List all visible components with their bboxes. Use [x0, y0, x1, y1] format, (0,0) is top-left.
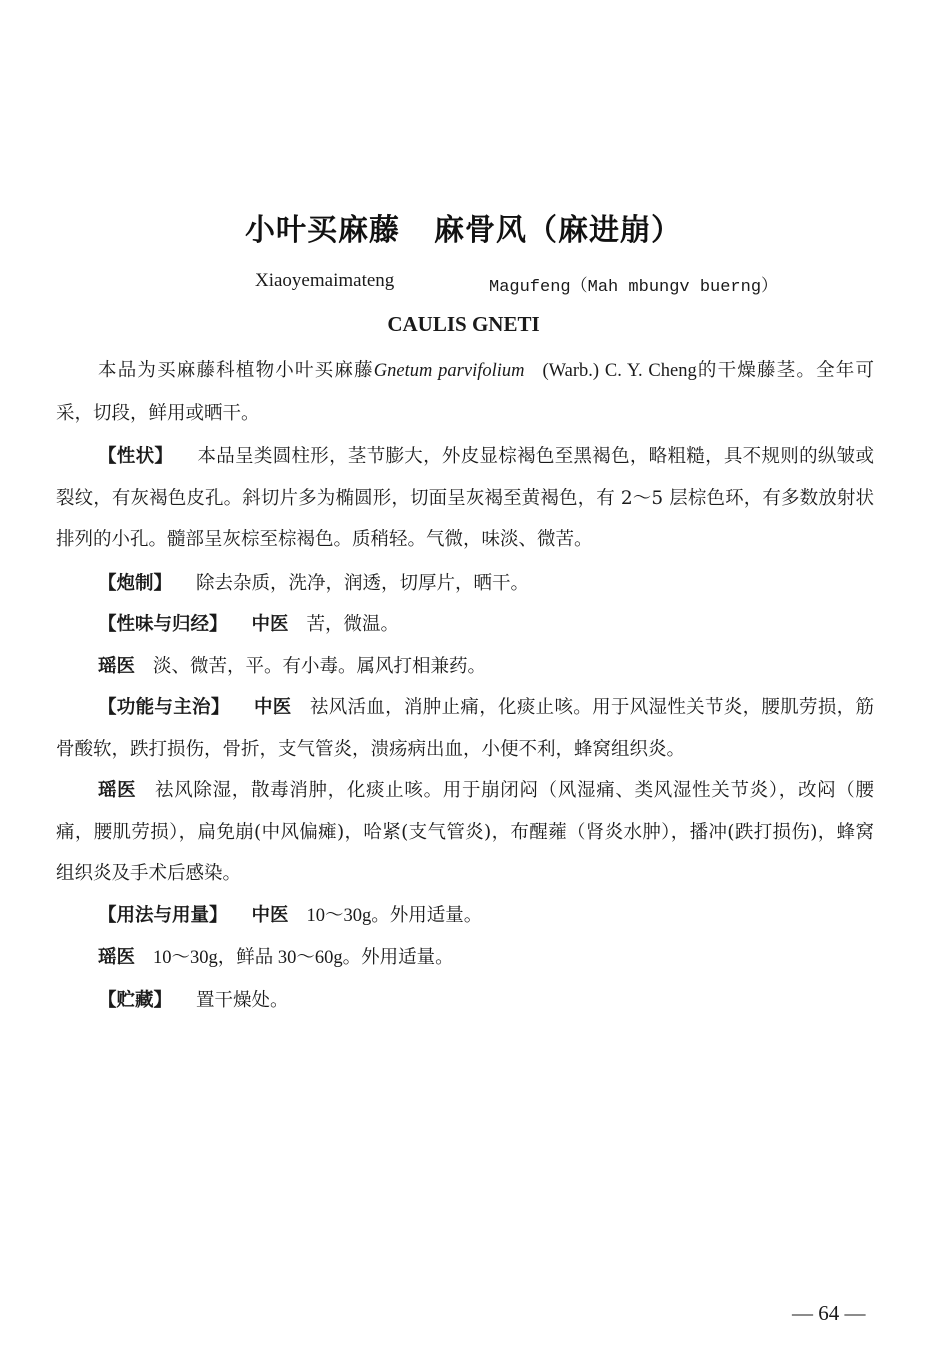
section-label: 【炮制】 [98, 573, 172, 594]
yao-text: 淡、微苦，平。有小毒。属风打相兼药。 [153, 656, 486, 677]
yao-label: 瑶医 [98, 780, 136, 801]
section-character: 【性状】本品呈类圆柱形，茎节膨大，外皮显棕褐色至黑褐色，略粗糙，具不规则的纵皱或… [56, 436, 874, 561]
monograph-title: 小叶买麻藤麻骨风（麻进崩） [0, 205, 927, 249]
yao-text: 10～30g，鲜品 30～60g。外用适量。 [153, 948, 454, 968]
yao-label: 瑶医 [98, 656, 135, 677]
section-function-yao: 瑶医祛风除湿，散毒消肿，化痰止咳。用于崩闭闷（风湿痛、类风湿性关节炎），改闷（腰… [56, 770, 874, 895]
section-property-yao: 瑶医淡、微苦，平。有小毒。属风打相兼药。 [56, 646, 874, 688]
section-processing: 【炮制】除去杂质，洗净，润透，切厚片，晒干。 [56, 563, 874, 605]
section-label: 【性味与归经】 [98, 614, 228, 635]
section-text: 除去杂质，洗净，润透，切厚片，晒干。 [196, 573, 529, 594]
tcm-label: 中医 [252, 905, 289, 926]
intro-text-1: 本品为买麻藤科植物小叶买麻藤 [98, 360, 374, 381]
section-usage-yao: 瑶医10～30g，鲜品 30～60g。外用适量。 [56, 937, 874, 980]
intro-paragraph: 本品为买麻藤科植物小叶买麻藤Gnetum parvifolium(Warb.) … [56, 350, 874, 434]
page-number: — 64 — [792, 1301, 866, 1326]
title-zh-main: 小叶买麻藤 [245, 213, 400, 248]
section-usage-tcm: 【用法与用量】中医10～30g。外用适量。 [56, 895, 874, 938]
yao-text: 祛风除湿，散毒消肿，化痰止咳。用于崩闭闷（风湿痛、类风湿性关节炎），改闷（腰痛，… [56, 780, 874, 884]
section-storage: 【贮藏】置干燥处。 [56, 980, 874, 1022]
section-label: 【用法与用量】 [98, 905, 228, 926]
tcm-label: 中医 [254, 697, 292, 718]
species-name: Gnetum parvifolium [374, 361, 525, 381]
latin-name: CAULIS GNETI [0, 312, 927, 337]
section-label: 【贮藏】 [98, 990, 172, 1011]
section-label: 【功能与主治】 [98, 697, 230, 718]
pinyin-name: Xiaoyemaimateng [255, 270, 394, 292]
tcm-label: 中医 [252, 614, 289, 635]
subtitle-romanization: Xiaoyemaimateng Magufeng（Mah mbungv buer… [0, 270, 927, 298]
section-property-tcm: 【性味与归经】中医苦，微温。 [56, 604, 874, 646]
title-zh-yao: 麻骨风（麻进崩） [434, 213, 682, 248]
section-label: 【性状】 [98, 446, 173, 467]
section-function-tcm: 【功能与主治】中医祛风活血，消肿止痛，化痰止咳。用于风湿性关节炎，腰肌劳损，筋骨… [56, 687, 874, 770]
tcm-text: 苦，微温。 [307, 614, 400, 635]
section-text: 本品呈类圆柱形，茎节膨大，外皮显棕褐色至黑褐色，略粗糙，具不规则的纵皱或裂纹，有… [56, 446, 874, 550]
monograph-body: 本品为买麻藤科植物小叶买麻藤Gnetum parvifolium(Warb.) … [56, 350, 874, 1021]
yao-romanization: Magufeng（Mah mbungv buerng） [489, 271, 778, 297]
species-author: (Warb.) C. Y. Cheng [543, 361, 697, 381]
tcm-text: 10～30g。外用适量。 [307, 906, 483, 926]
yao-label: 瑶医 [98, 947, 135, 968]
section-text: 置干燥处。 [196, 990, 289, 1011]
